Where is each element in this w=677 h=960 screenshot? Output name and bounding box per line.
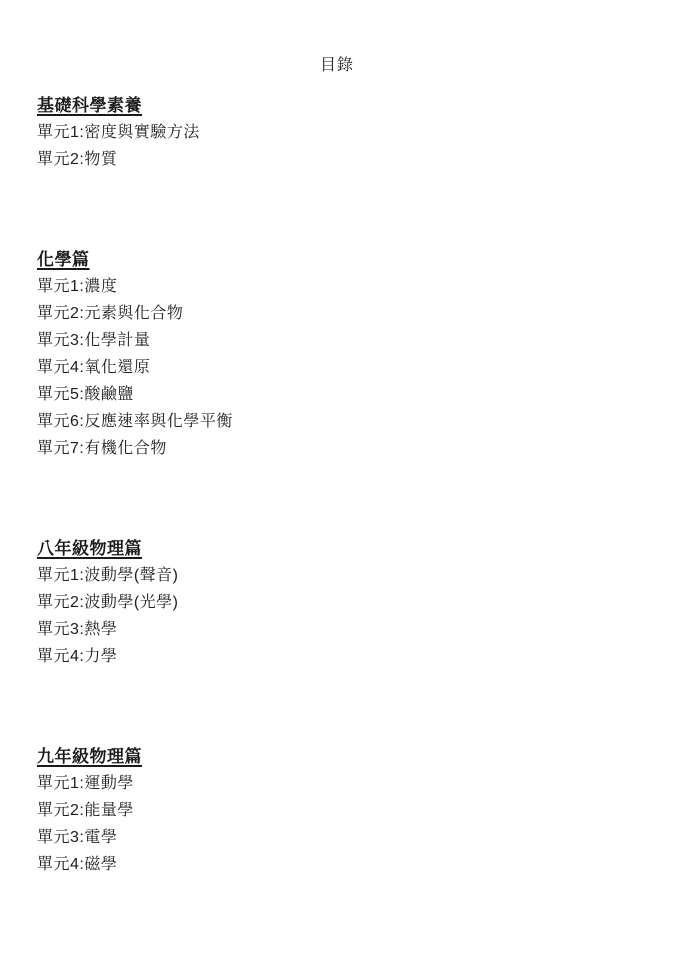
toc-page: 目錄 基礎科學素養單元1:密度與實驗方法單元2:物質化學篇單元1:濃度單元2:元… [0,0,677,960]
toc-item: 單元5:酸鹼鹽 [37,381,637,408]
toc-item: 單元4:磁學 [37,851,637,878]
toc-item: 單元4:氧化還原 [37,354,637,381]
toc-section: 九年級物理篇單元1:運動學單元2:能量學單元3:電學單元4:磁學 [37,743,637,878]
toc-item: 單元4:力學 [37,643,637,670]
toc-item: 單元2:元素與化合物 [37,300,637,327]
toc-section: 八年級物理篇單元1:波動學(聲音)單元2:波動學(光學)單元3:熱學單元4:力學 [37,535,637,670]
toc-section: 基礎科學素養單元1:密度與實驗方法單元2:物質 [37,92,637,173]
toc-item: 單元2:波動學(光學) [37,589,637,616]
toc-item: 單元3:電學 [37,824,637,851]
toc-item: 單元1:密度與實驗方法 [37,119,637,146]
toc-section: 化學篇單元1:濃度單元2:元素與化合物單元3:化學計量單元4:氧化還原單元5:酸… [37,246,637,462]
section-heading: 八年級物理篇 [37,535,637,562]
toc-item: 單元7:有機化合物 [37,435,637,462]
toc-item: 單元3:熱學 [37,616,637,643]
section-heading: 化學篇 [37,246,637,273]
page-title: 目錄 [37,54,637,78]
toc-item: 單元6:反應速率與化學平衡 [37,408,637,435]
toc-item: 單元1:波動學(聲音) [37,562,637,589]
section-heading: 九年級物理篇 [37,743,637,770]
toc-item: 單元3:化學計量 [37,327,637,354]
toc-item: 單元2:能量學 [37,797,637,824]
section-heading: 基礎科學素養 [37,92,637,119]
toc-sections: 基礎科學素養單元1:密度與實驗方法單元2:物質化學篇單元1:濃度單元2:元素與化… [37,92,637,878]
toc-item: 單元1:運動學 [37,770,637,797]
toc-item: 單元2:物質 [37,146,637,173]
toc-item: 單元1:濃度 [37,273,637,300]
